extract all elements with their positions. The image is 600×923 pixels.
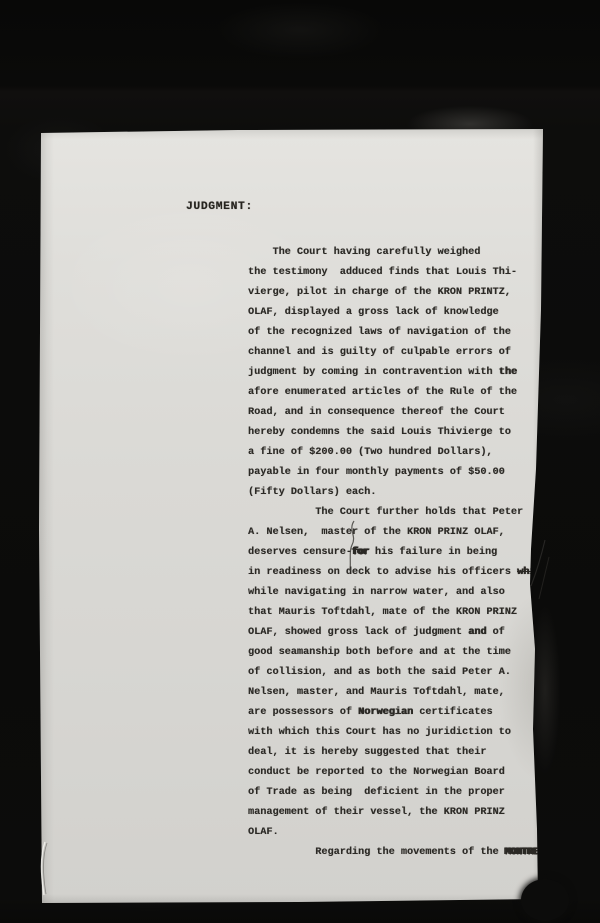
document-heading: JUDGMENT: bbox=[186, 201, 253, 213]
microfilm-background: JUDGMENT: The Court having carefully wei… bbox=[0, 0, 600, 923]
document-line: hereby condemns the said Louis Thivierge… bbox=[248, 423, 588, 443]
text-segment: The Court having carefully weighed bbox=[248, 247, 480, 258]
text-segment: The Court further holds that Peter bbox=[248, 507, 523, 518]
text-segment: are possessors of bbox=[248, 707, 358, 718]
text-segment: judgment by coming in contravention with bbox=[248, 367, 499, 378]
text-segment: with which this Court has no juridiction… bbox=[248, 727, 511, 738]
text-segment: of the recognized laws of navigation of … bbox=[248, 327, 511, 338]
document-line: with which this Court has no juridiction… bbox=[248, 723, 588, 743]
text-segment: deserves censure- bbox=[248, 547, 352, 558]
text-segment: conduct be reported to the Norwegian Boa… bbox=[248, 767, 505, 778]
document-line: Regarding the movements of the MONTREAL bbox=[248, 843, 588, 863]
text-segment: (Fifty Dollars) each. bbox=[248, 487, 376, 498]
document-line: channel and is guilty of culpable errors… bbox=[248, 343, 588, 363]
document-line: payable in four monthly payments of $50.… bbox=[248, 463, 588, 483]
document-line: OLAF. bbox=[248, 823, 588, 843]
document-body: The Court having carefully weighedthe te… bbox=[248, 243, 588, 863]
document-line: in readiness on deck to advise his offic… bbox=[248, 563, 588, 583]
text-segment: channel and is guilty of culpable errors… bbox=[248, 347, 511, 358]
document-line: of the recognized laws of navigation of … bbox=[248, 323, 588, 343]
document-line: while navigating in narrow water, and al… bbox=[248, 583, 588, 603]
document-line: are possessors of Norwegian certificates bbox=[248, 703, 588, 723]
text-segment: of Trade as being deficient in the prope… bbox=[248, 787, 505, 798]
text-segment: that Mauris Toftdahl, mate of the KRON P… bbox=[248, 607, 517, 618]
text-segment: certificates bbox=[413, 707, 492, 718]
text-segment: hereby condemns the said Louis Thivierge… bbox=[248, 427, 511, 438]
document-line: deal, it is hereby suggested that their bbox=[248, 743, 588, 763]
text-segment: and bbox=[468, 627, 486, 638]
text-segment: Regarding the movements of the bbox=[248, 847, 505, 858]
text-segment: his failure in being bbox=[369, 547, 497, 558]
document-line: vierge, pilot in charge of the KRON PRIN… bbox=[248, 283, 588, 303]
document-line: The Court having carefully weighed bbox=[248, 243, 588, 263]
document-line: of collision, and as both the said Peter… bbox=[248, 663, 588, 683]
document-line: afore enumerated articles of the Rule of… bbox=[248, 383, 588, 403]
text-segment: of collision, and as both the said Peter… bbox=[248, 667, 511, 678]
document-line: Nelsen, master, and Mauris Toftdahl, mat… bbox=[248, 683, 588, 703]
text-segment: of bbox=[486, 627, 504, 638]
document-line: deserves censure-for his failure in bein… bbox=[248, 543, 588, 563]
document-line: management of their vessel, the KRON PRI… bbox=[248, 803, 588, 823]
document-line: the testimony adduced finds that Louis T… bbox=[248, 263, 588, 283]
text-segment: management of their vessel, the KRON PRI… bbox=[248, 807, 505, 818]
text-segment: in readiness on deck to advise his offic… bbox=[248, 567, 517, 578]
document-line: conduct be reported to the Norwegian Boa… bbox=[248, 763, 588, 783]
document-line: A. Nelsen, master of the KRON PRINZ OLAF… bbox=[248, 523, 588, 543]
text-segment: vierge, pilot in charge of the KRON PRIN… bbox=[248, 287, 511, 298]
text-segment: Norwegian bbox=[358, 707, 413, 718]
pen-stroke-right-short bbox=[539, 557, 549, 599]
text-segment: the bbox=[499, 367, 517, 378]
document-page: JUDGMENT: The Court having carefully wei… bbox=[38, 129, 546, 903]
text-segment: OLAF. bbox=[248, 827, 279, 838]
text-segment: OLAF, showed gross lack of judgment bbox=[248, 627, 468, 638]
text-segment: afore enumerated articles of the Rule of… bbox=[248, 387, 517, 398]
text-segment: while navigating in narrow water, and al… bbox=[248, 587, 505, 598]
text-segment: A. Nelsen, master of the KRON PRINZ OLAF… bbox=[248, 527, 505, 538]
document-line: (Fifty Dollars) each. bbox=[248, 483, 588, 503]
text-segment: for bbox=[352, 547, 369, 558]
text-segment: MONTREAL bbox=[505, 847, 550, 858]
pen-stroke-right-long bbox=[531, 540, 545, 586]
document-line: good seamanship both before and at the t… bbox=[248, 643, 588, 663]
text-segment: whil bbox=[517, 567, 541, 578]
text-segment: Nelsen, master, and Mauris Toftdahl, mat… bbox=[248, 687, 505, 698]
document-line: judgment by coming in contravention with… bbox=[248, 363, 588, 383]
text-segment: Road, and in consequence thereof the Cou… bbox=[248, 407, 505, 418]
document-line: OLAF, displayed a gross lack of knowledg… bbox=[248, 303, 588, 323]
document-line: The Court further holds that Peter bbox=[248, 503, 588, 523]
text-segment: a fine of $200.00 (Two hundred Dollars), bbox=[248, 447, 493, 458]
film-corner-shadow bbox=[521, 879, 569, 921]
document-line: OLAF, showed gross lack of judgment and … bbox=[248, 623, 588, 643]
text-segment: good seamanship both before and at the t… bbox=[248, 647, 511, 658]
text-segment: payable in four monthly payments of $50.… bbox=[248, 467, 505, 478]
text-segment: OLAF, displayed a gross lack of knowledg… bbox=[248, 307, 499, 318]
document-line: Road, and in consequence thereof the Cou… bbox=[248, 403, 588, 423]
document-line: that Mauris Toftdahl, mate of the KRON P… bbox=[248, 603, 588, 623]
document-line: of Trade as being deficient in the prope… bbox=[248, 783, 588, 803]
text-segment: the testimony adduced finds that Louis T… bbox=[248, 267, 517, 278]
document-line: a fine of $200.00 (Two hundred Dollars), bbox=[248, 443, 588, 463]
text-segment: deal, it is hereby suggested that their bbox=[248, 747, 486, 758]
